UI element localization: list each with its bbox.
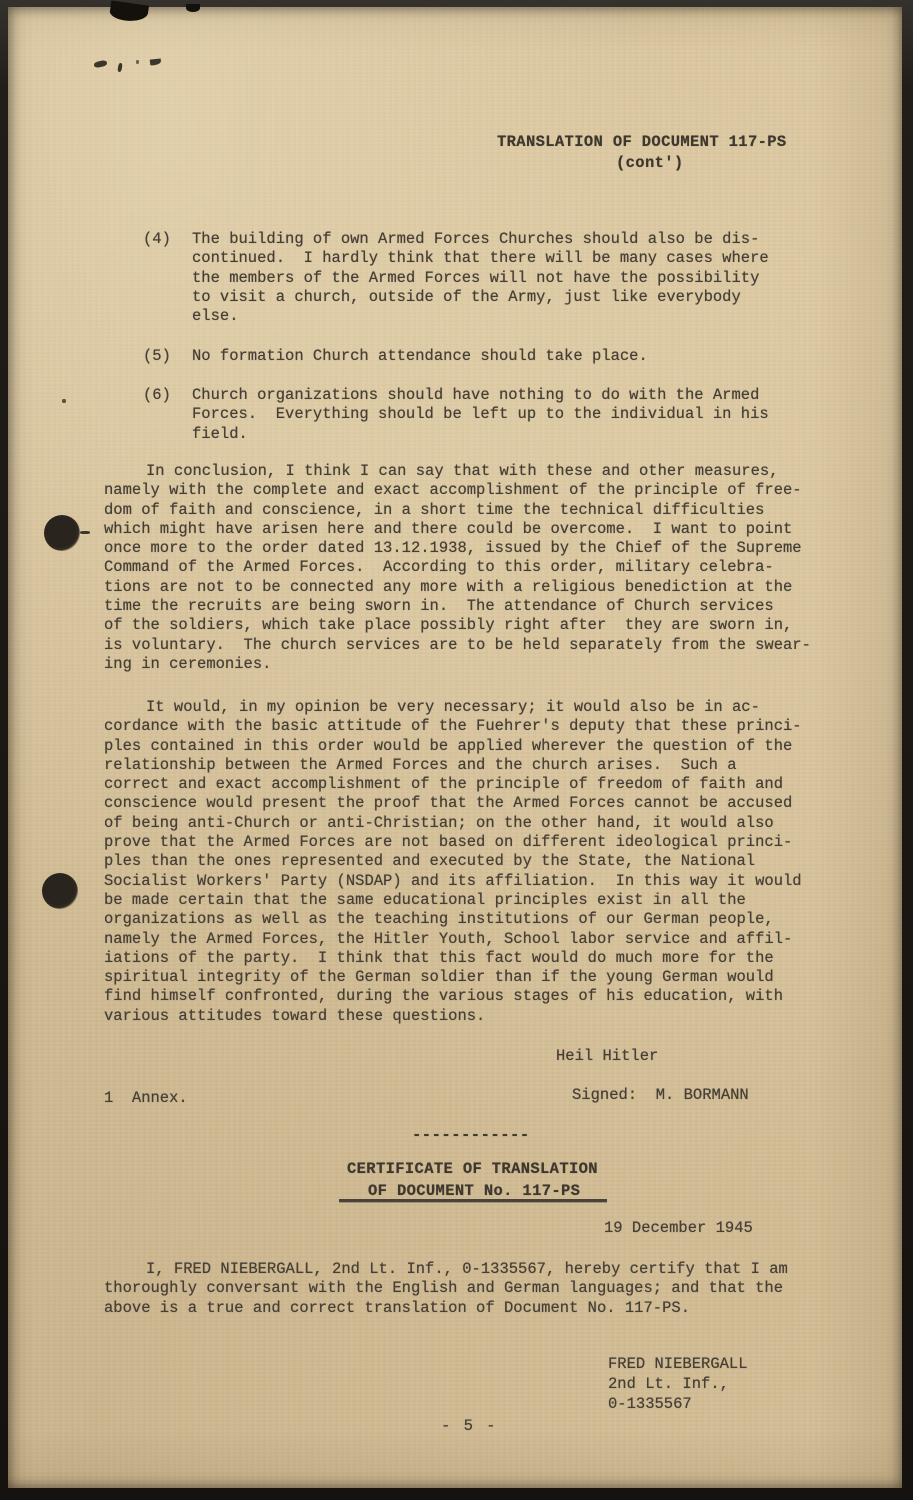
list-item-5-number: (5)	[143, 347, 171, 366]
list-item-6-text: Church organizations should have nothing…	[192, 386, 769, 444]
signature-rank: 2nd Lt. Inf.,	[608, 1375, 729, 1394]
signature-serial: 0-1335567	[608, 1395, 692, 1414]
signed-line: Signed: M. BORMANN	[572, 1086, 749, 1105]
ink-mark-2	[117, 63, 123, 73]
page-header-continuation: (cont')	[616, 154, 684, 173]
certificate-body: I, FRED NIEBERGALL, 2nd Lt. Inf., 0-1335…	[104, 1260, 788, 1318]
document-page: TRANSLATION OF DOCUMENT 117-PS (cont') (…	[8, 7, 902, 1488]
annex-note: 1 Annex.	[104, 1089, 188, 1108]
scan-blob-top-left	[109, 0, 149, 23]
signature-name: FRED NIEBERGALL	[608, 1355, 748, 1374]
salute-line: Heil Hitler	[556, 1047, 658, 1066]
list-item-5-text: No formation Church attendance should ta…	[192, 347, 648, 366]
certificate-date: 19 December 1945	[604, 1219, 753, 1238]
list-item-6-number: (6)	[143, 386, 171, 405]
list-item-4-text: The building of own Armed Forces Churche…	[192, 230, 769, 326]
ink-mark-4	[150, 58, 162, 65]
page-number: - 5 -	[441, 1417, 498, 1436]
separator-dashes: ------------	[412, 1126, 530, 1145]
scan-blob-top-small	[186, 4, 200, 12]
list-item-4-number: (4)	[143, 230, 171, 249]
ink-speck-left	[62, 399, 66, 403]
certificate-title: CERTIFICATE OF TRANSLATION	[347, 1160, 598, 1179]
page-header-title: TRANSLATION OF DOCUMENT 117-PS	[497, 133, 787, 152]
ink-mark-3	[136, 60, 139, 64]
ink-mark-1	[94, 60, 108, 69]
punch-hole-tick	[80, 531, 90, 534]
punch-hole-bottom	[42, 873, 78, 909]
paragraph-conclusion: In conclusion, I think I can say that wi…	[104, 462, 811, 674]
punch-hole-top	[44, 515, 80, 551]
paragraph-opinion: It would, in my opinion be very necessar…	[104, 698, 802, 1026]
certificate-underline	[339, 1199, 607, 1202]
